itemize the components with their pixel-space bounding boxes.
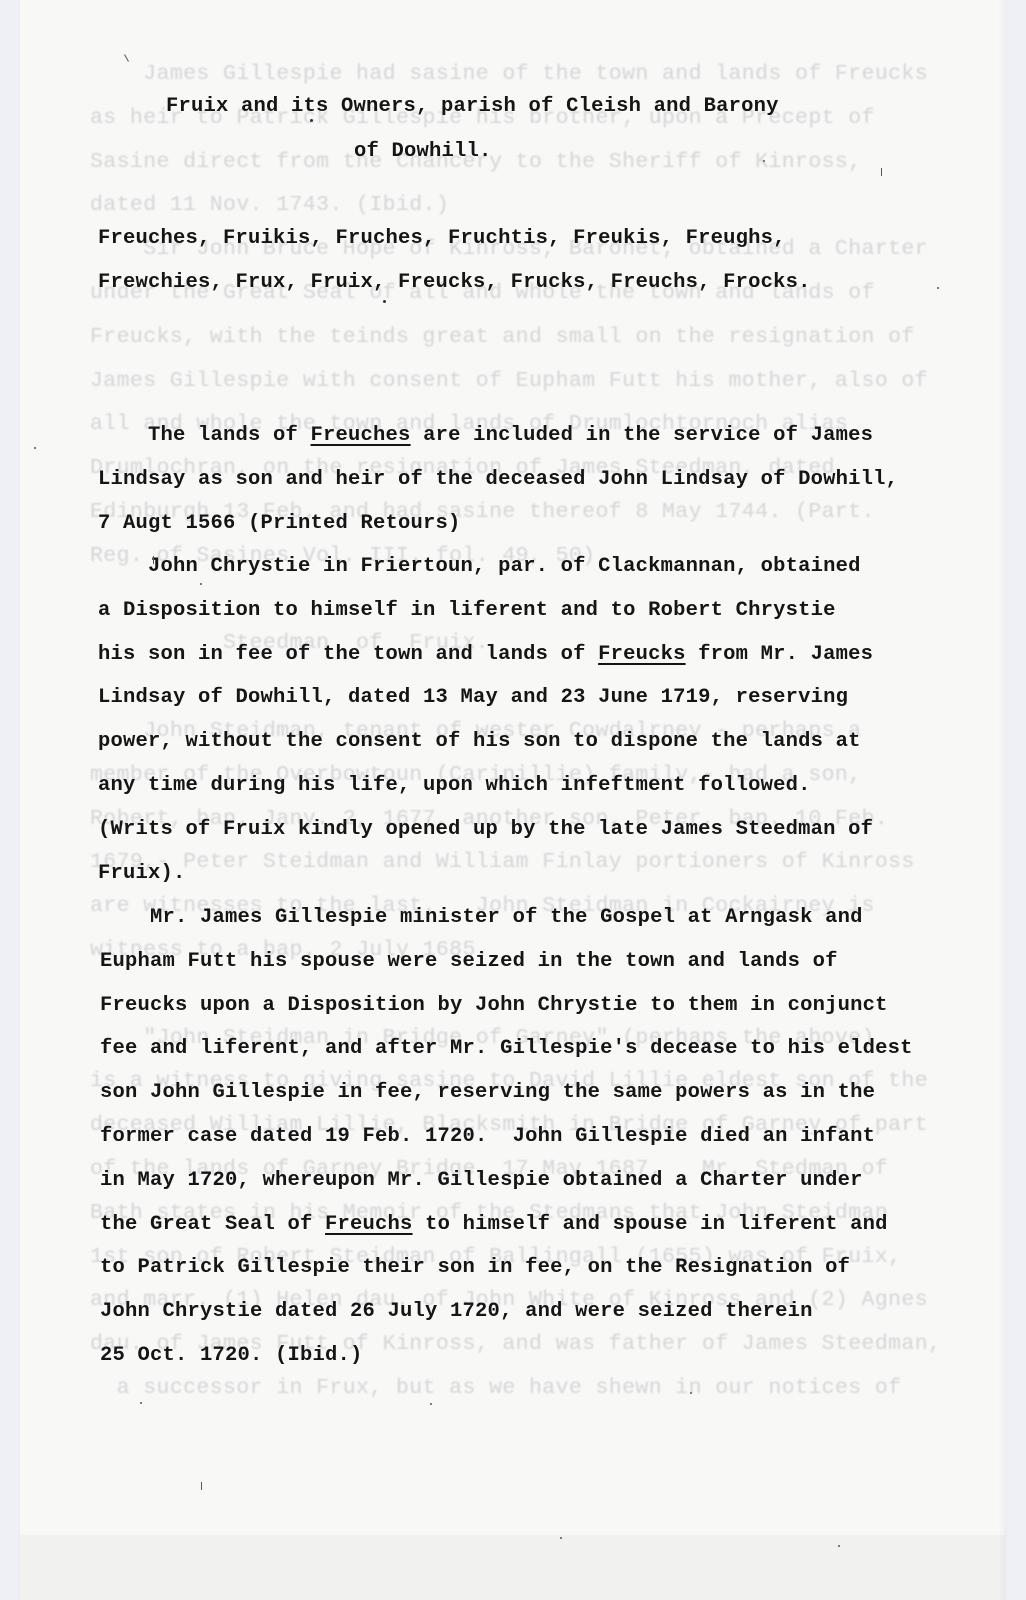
document-line: The lands of Freuches are included in th… <box>98 423 873 449</box>
line-text: from Mr. James <box>686 643 874 666</box>
page-edge-shadow <box>998 0 1006 1600</box>
document-line: John Chrystie in Friertoun, par. of Clac… <box>98 554 861 580</box>
document-line: John Chrystie dated 26 July 1720, and we… <box>100 1299 813 1325</box>
page-bottom-shadow <box>20 1535 1006 1600</box>
document-line: 7 Augt 1566 (Printed Retours) <box>98 511 461 537</box>
name-variants-line-1: Freuches, Fruikis, Fruches, Fruchtis, Fr… <box>98 226 786 252</box>
document-line: Freucks upon a Disposition by John Chrys… <box>100 993 888 1019</box>
document-line: former case dated 19 Feb. 1720. John Gil… <box>100 1124 875 1150</box>
document-line: Eupham Futt his spouse were seized in th… <box>100 949 838 975</box>
scan-speck <box>560 1537 562 1539</box>
scan-speck <box>763 160 765 162</box>
scan-speck <box>881 168 882 176</box>
bleed-through-line: James Gillespie with consent of Eupham F… <box>90 369 928 393</box>
underlined-place-name: Freuches <box>311 424 411 447</box>
bleed-through-line: a successor in Frux, but as we have shew… <box>90 1376 901 1400</box>
scan-speck <box>838 1545 840 1547</box>
scan-speck <box>34 447 36 449</box>
document-title-continued: of Dowhill. <box>354 139 492 165</box>
bleed-through-line: dated 11 Nov. 1743. (Ibid.) <box>90 193 449 217</box>
document-line: fee and liferent, and after Mr. Gillespi… <box>100 1036 913 1062</box>
scan-speck <box>153 556 154 564</box>
document-line: in May 1720, whereupon Mr. Gillespie obt… <box>100 1168 863 1194</box>
line-text: the Great Seal of <box>100 1213 325 1236</box>
scan-speck <box>201 1482 202 1490</box>
document-line: his son in fee of the town and lands of … <box>98 642 873 668</box>
document-line: Lindsay as son and heir of the deceased … <box>98 467 898 493</box>
underlined-place-name: Freucks <box>598 643 686 666</box>
scan-speck <box>383 300 386 303</box>
bleed-through-line: James Gillespie had sasine of the town a… <box>90 62 928 86</box>
document-line: 25 Oct. 1720. (Ibid.) <box>100 1343 363 1369</box>
name-variants-line-2: Frewchies, Frux, Fruix, Freucks, Frucks,… <box>98 270 811 296</box>
document-line: Fruix). <box>98 861 186 887</box>
scan-speck <box>937 287 939 289</box>
scan-speck <box>690 1392 692 1394</box>
line-text: are included in the service of James <box>411 424 874 447</box>
document-line: to Patrick Gillespie their son in fee, o… <box>100 1255 850 1281</box>
document-line: (Writs of Fruix kindly opened up by the … <box>98 817 873 843</box>
scan-speck <box>140 1402 142 1404</box>
document-line: a Disposition to himself in liferent and… <box>98 598 836 624</box>
document-line: son John Gillespie in fee, reserving the… <box>100 1080 875 1106</box>
document-title: Fruix and its Owners, parish of Cleish a… <box>166 94 779 120</box>
document-line: the Great Seal of Freuchs to himself and… <box>100 1212 888 1238</box>
line-text: The lands of <box>98 424 311 447</box>
document-line: Lindsay of Dowhill, dated 13 May and 23 … <box>98 685 848 711</box>
underlined-place-name: Freuchs <box>325 1213 413 1236</box>
document-line: power, without the consent of his son to… <box>98 729 861 755</box>
document-line: Mr. James Gillespie minister of the Gosp… <box>100 905 863 931</box>
document-line: any time during his life, upon which inf… <box>98 773 811 799</box>
scan-speck <box>430 1403 432 1405</box>
scan-speck <box>310 119 313 122</box>
line-text: to himself and spouse in liferent and <box>413 1213 888 1236</box>
line-text: his son in fee of the town and lands of <box>98 643 598 666</box>
scan-speck <box>200 583 202 585</box>
bleed-through-line: 1679,- Peter Steidman and William Finlay… <box>90 850 915 874</box>
bleed-through-line: Freucks, with the teinds great and small… <box>90 325 915 349</box>
